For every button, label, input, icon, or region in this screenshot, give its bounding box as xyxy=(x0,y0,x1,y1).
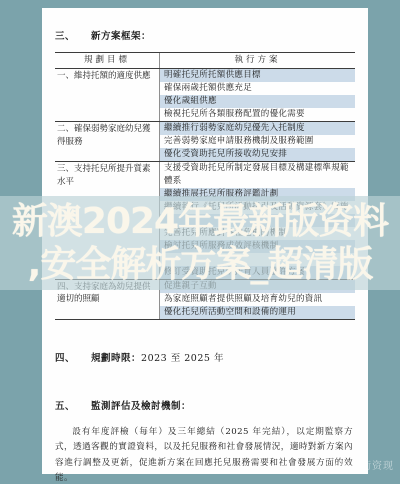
plan-table-header: 規劃目標 執行方案 xyxy=(55,53,355,69)
page: 三、 新方案框架： 規劃目標 執行方案 一、維持托額的適度供應明確托兒所托額供應… xyxy=(0,0,400,484)
table-section-row: 二、確保弱勢家庭幼兒獲得服務繼續推行弱勢家庭幼兒優先入托制度完善弱勢家庭申請服務… xyxy=(55,121,355,161)
action-cell: 完善弱勢家庭申請服務機制及服務範圍 xyxy=(160,135,355,148)
overlay-banner: 新澳2024年最新版资料 ,安全解析方案_超清版 xyxy=(0,196,400,290)
section5-number: 五、 xyxy=(55,398,75,412)
table-section-row: 一、維持托額的適度供應明確托兒所托額供應目標確保兩歲托額供應充足優化歲組供應檢視… xyxy=(55,69,355,121)
action-cell: 優化托兒所活動空間和設備的運用 xyxy=(160,306,355,319)
monitoring-paragraph: 設有年度評檢（每年）及三年總結（2025 年完結），以定期監察方式，透過客觀的實… xyxy=(55,425,355,484)
action-cell: 為家庭照顧者提供照顧及培育幼兒的資訊 xyxy=(160,293,355,306)
section3-title: 新方案框架： xyxy=(91,28,151,42)
action-cell-group: 繼續推行弱勢家庭幼兒優先入托制度完善弱勢家庭申請服務機制及服務範圍優化受資助托兒… xyxy=(160,122,355,161)
action-cell: 繼續推行弱勢家庭幼兒優先入托制度 xyxy=(160,122,355,135)
action-cell: 確保兩歲托額供應充足 xyxy=(160,82,355,95)
section5-title: 監測評估及檢討機制： xyxy=(91,398,191,412)
goal-column-header: 規劃目標 xyxy=(55,53,160,68)
action-cell: 優化歲組供應 xyxy=(160,95,355,108)
swoosh-circle-icon xyxy=(324,458,338,472)
banner-line-2: ,安全解析方案_超清版 xyxy=(28,243,373,286)
action-cell: 優化受資助托兒所接收幼兒安排 xyxy=(160,148,355,161)
goal-cell: 一、維持托額的適度供應 xyxy=(55,69,160,121)
action-cell-group: 明確托兒所托額供應目標確保兩歲托額供應充足優化歲組供應檢視托兒所各類服務配置的優… xyxy=(160,69,355,121)
watermark: 新西街资现 xyxy=(326,457,394,472)
banner-line-1: 新澳2024年最新版资料 xyxy=(12,200,388,243)
section5-heading: 五、 監測評估及檢討機制： xyxy=(55,398,355,412)
action-cell: 明確托兒所托額供應目標 xyxy=(160,69,355,82)
watermark-text: 新西街资现 xyxy=(339,457,394,472)
section4-label: 規劃時限： xyxy=(91,350,141,364)
section4-heading: 四、 規劃時限： 2023 至 2025 年 xyxy=(55,350,355,364)
section3-number: 三、 xyxy=(55,28,75,42)
section3-heading: 三、 新方案框架： xyxy=(55,28,355,42)
goal-cell: 二、確保弱勢家庭幼兒獲得服務 xyxy=(55,122,160,161)
section4-value: 2023 至 2025 年 xyxy=(141,350,224,364)
action-column-header: 執行方案 xyxy=(160,53,355,68)
action-cell: 支援受資助托兒所制定發展目標及構建標準規範體系 xyxy=(160,162,355,188)
action-cell: 檢視托兒所各類服務配置的優化需要 xyxy=(160,108,355,121)
section4-number: 四、 xyxy=(55,350,75,364)
